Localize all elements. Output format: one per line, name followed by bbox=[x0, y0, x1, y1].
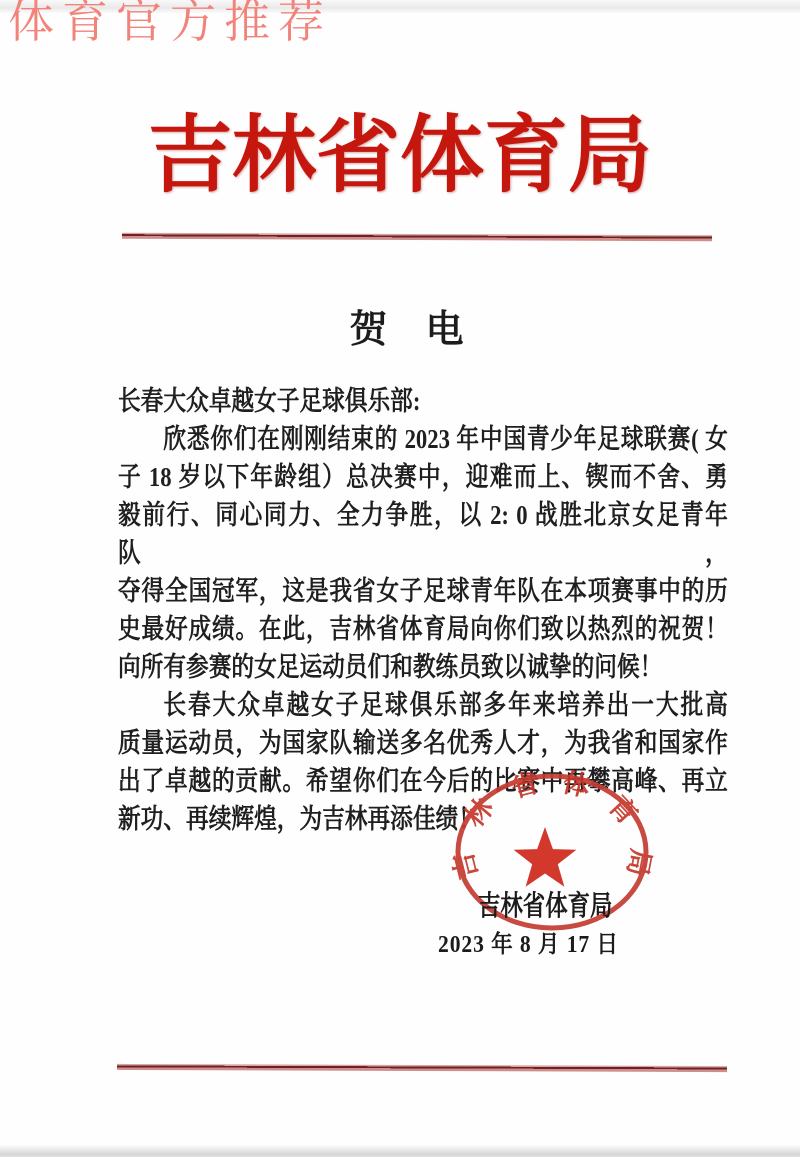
letterhead-org-name: 吉林省体育局 bbox=[0, 88, 800, 209]
body-line: 毅前行、同心同力、全力争胜，以 2: 0 战胜北京女足青年队， bbox=[118, 496, 728, 572]
document-date: 2023 年 8 月 17 日 bbox=[438, 924, 619, 959]
body-line: 欣悉你们在刚刚结束的 2023 年中国青少年足球联赛( 女 bbox=[118, 420, 728, 458]
signature-org-name: 吉林省体育局 bbox=[478, 884, 612, 924]
bottom-photo-edge bbox=[0, 1145, 800, 1157]
document-title: 贺 电 bbox=[13, 298, 800, 353]
document-page: 体育官方推荐 吉林省体育局 贺 电 长春大众卓越女子足球俱乐部: 欣悉你们在刚刚… bbox=[0, 0, 800, 1157]
footer-rule bbox=[117, 1064, 727, 1072]
body-line: 史最好成绩。在此，吉林省体育局向你们致以热烈的祝贺！ bbox=[118, 610, 728, 648]
watermark-text: 体育官方推荐 bbox=[8, 0, 332, 50]
seal-star-icon bbox=[514, 827, 577, 887]
letterhead-rule bbox=[122, 233, 712, 242]
body-line: 向所有参赛的女足运动员们和教练员致以诚挚的问候！ bbox=[118, 648, 728, 686]
body-line: 子 18 岁以下年龄组）总决赛中，迎难而上、锲而不舍、勇 bbox=[118, 458, 728, 496]
body-line: 夺得全国冠军，这是我省女子足球青年队在本项赛事中的历 bbox=[118, 572, 728, 610]
salutation-line: 长春大众卓越女子足球俱乐部: bbox=[118, 382, 728, 420]
body-line: 长春大众卓越女子足球俱乐部多年来培养出一大批高 bbox=[118, 686, 728, 724]
body-line: 质量运动员，为国家队输送多名优秀人才，为我省和国家作 bbox=[118, 724, 728, 762]
